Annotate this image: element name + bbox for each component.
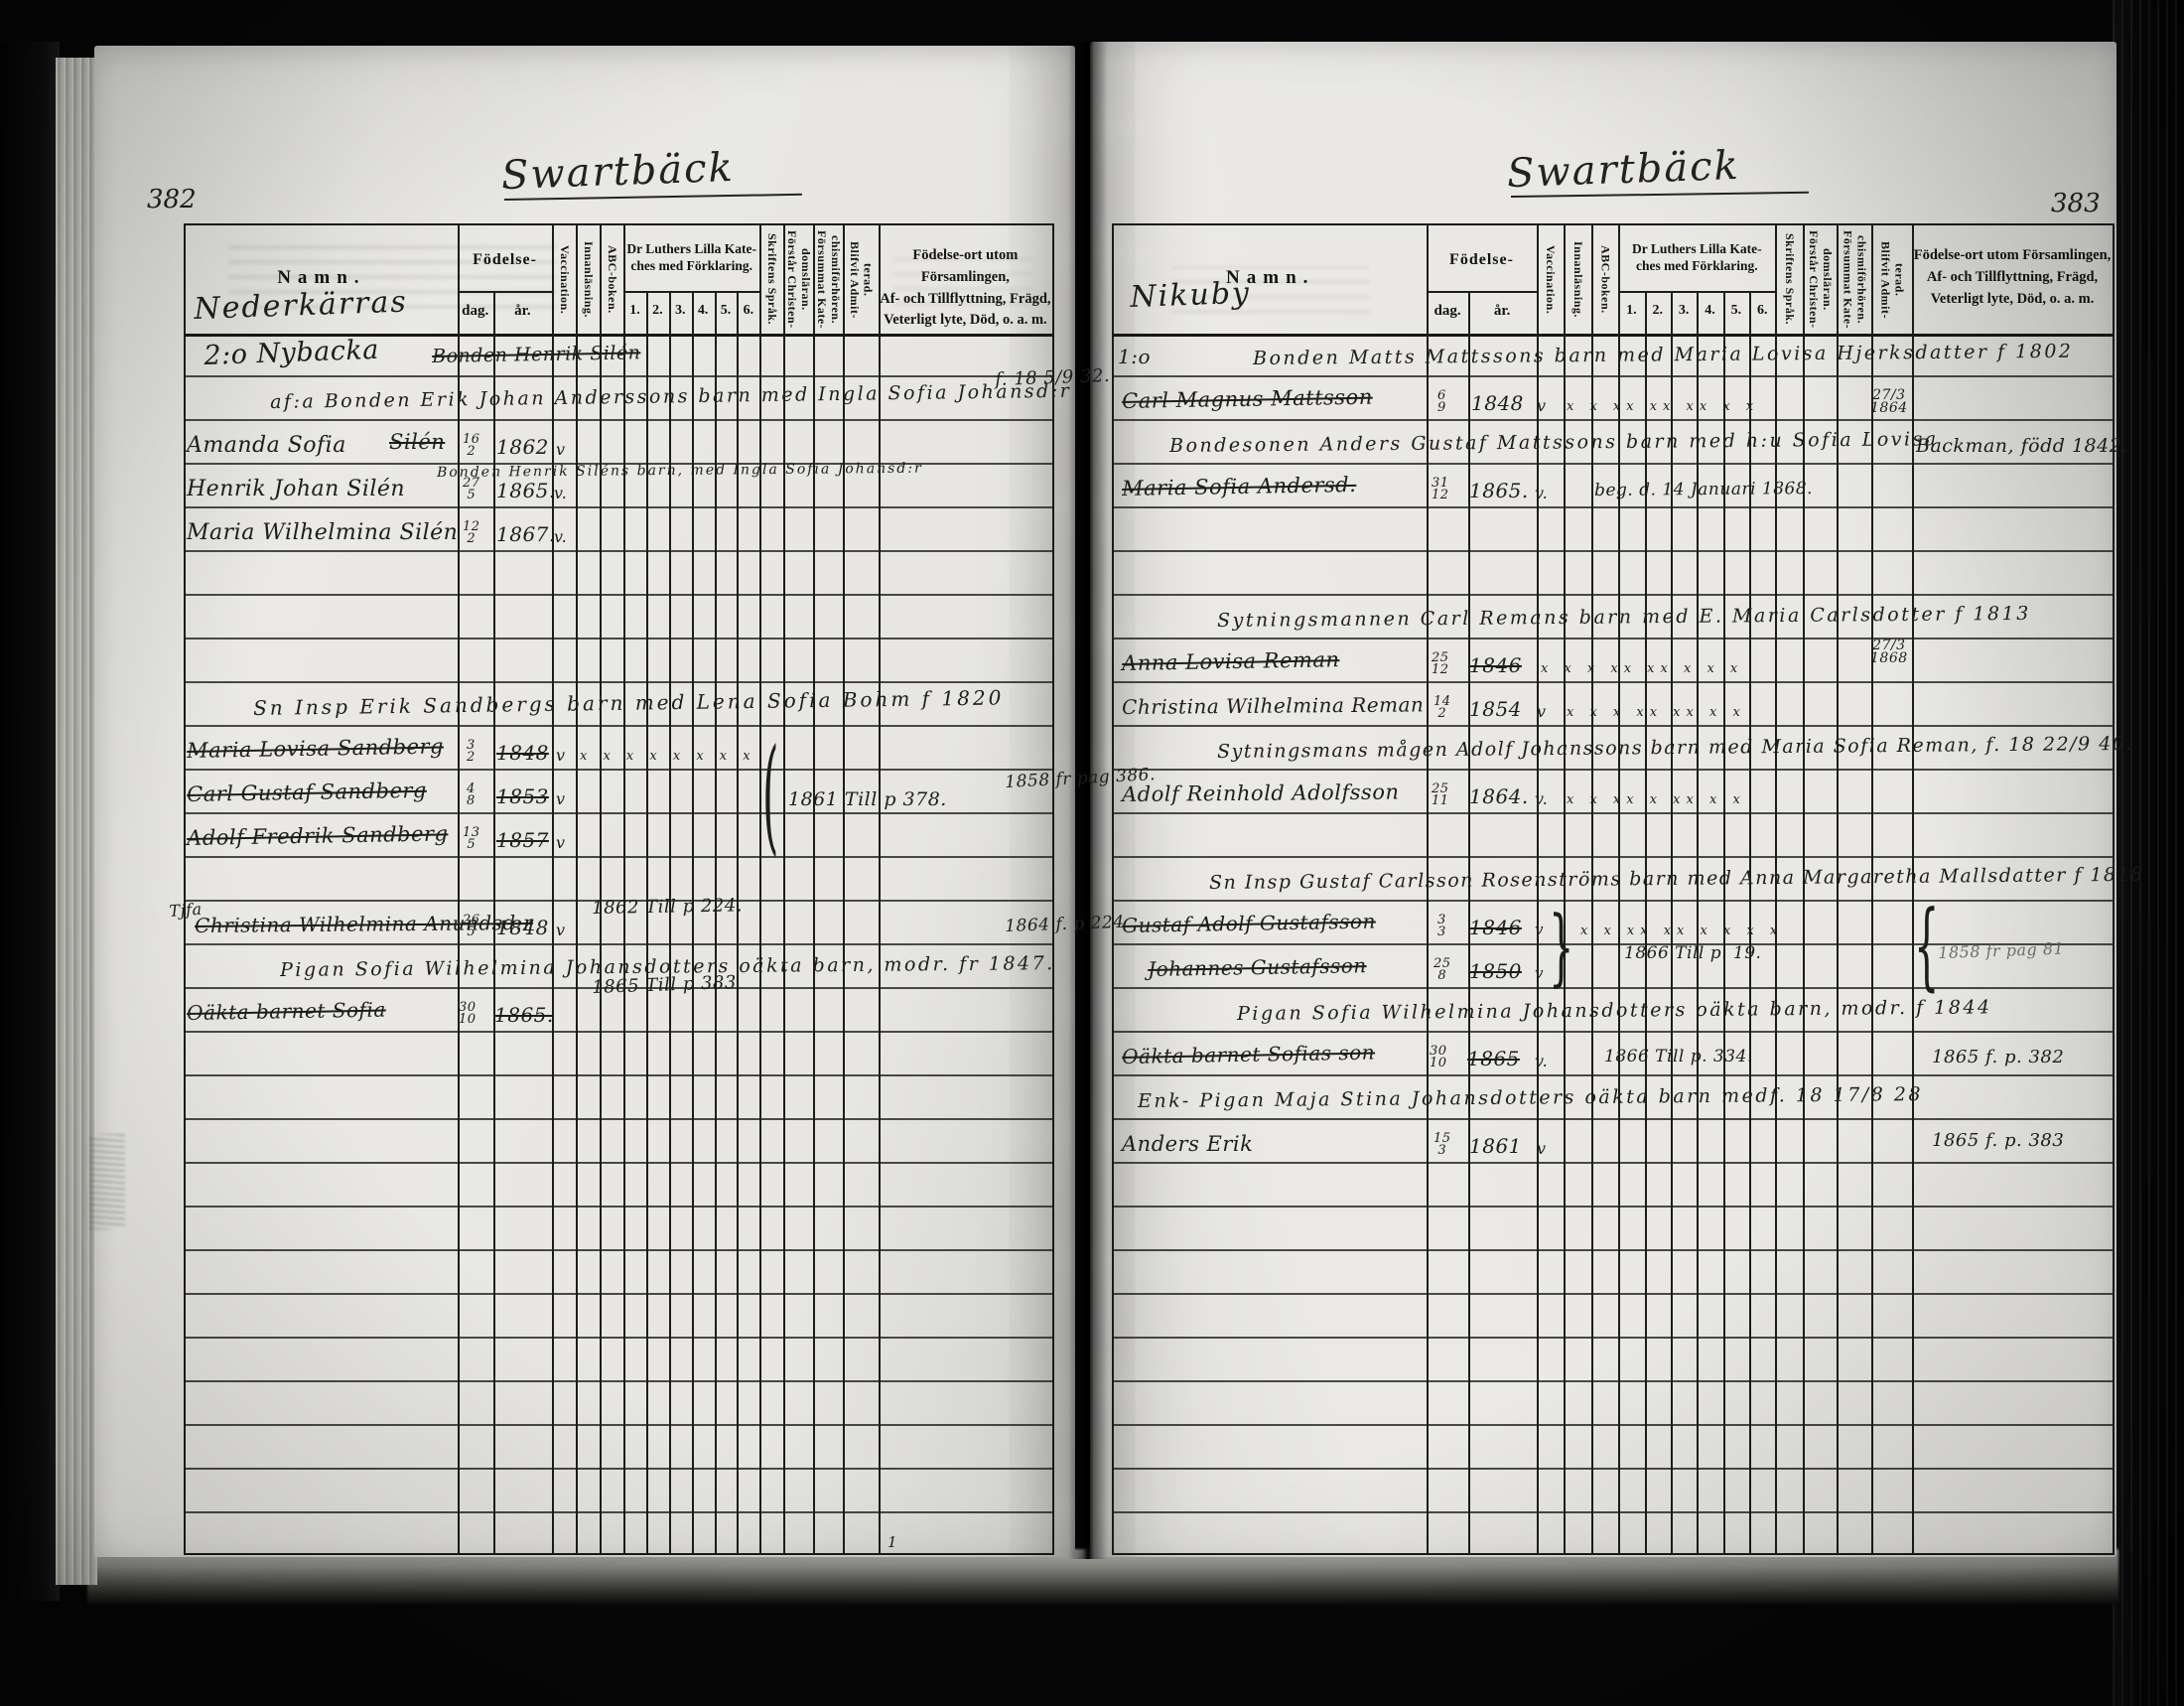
column-header-innanlasning: Innanläsning. bbox=[576, 229, 600, 330]
column-header-fodelse: Födelse- bbox=[1427, 251, 1536, 269]
column-line bbox=[1564, 225, 1566, 1553]
column-header-vaccination: Vaccination. bbox=[552, 229, 576, 330]
column-line bbox=[813, 225, 815, 1553]
column-header-namn: Namn. bbox=[186, 267, 458, 289]
katekes-5: 5. bbox=[715, 303, 738, 319]
column-header-katekes: Dr Luthers Lilla Kate- ches med Förklari… bbox=[623, 241, 759, 275]
column-header-fodelse: Födelse- bbox=[458, 251, 553, 269]
katekes-4: 4. bbox=[692, 303, 715, 319]
column-line bbox=[1871, 225, 1873, 1553]
book-gutter bbox=[1068, 42, 1108, 1559]
katekes-line2: ches med Förklaring. bbox=[1636, 258, 1758, 273]
katekes-2: 2. bbox=[1645, 303, 1671, 319]
katekes-1: 1. bbox=[623, 303, 646, 319]
column-line bbox=[1468, 292, 1470, 1553]
column-line bbox=[843, 225, 845, 1553]
notes-line1: Födelse-ort utom Församlingen, bbox=[1914, 247, 2112, 263]
katekes-3: 3. bbox=[1671, 303, 1697, 319]
column-line bbox=[692, 292, 694, 1553]
column-header-katekes: Dr Luthers Lilla Kate- ches med Förklari… bbox=[1618, 241, 1775, 275]
katekes-4: 4. bbox=[1697, 303, 1722, 319]
column-line bbox=[1537, 225, 1539, 1553]
notes-line2: Af- och Tillflyttning, Frägd, bbox=[880, 291, 1050, 307]
running-title-right: Swartbäck bbox=[1506, 143, 1740, 197]
column-header-ar: år. bbox=[1468, 303, 1537, 320]
column-line bbox=[600, 225, 602, 1553]
column-line bbox=[1591, 225, 1593, 1553]
film-edge-top bbox=[0, 0, 2184, 42]
table-header: Namn. Födelse- dag. år. Vaccination. Inn… bbox=[186, 225, 1052, 337]
column-line bbox=[737, 292, 739, 1553]
column-header-vaccination: Vaccination. bbox=[1537, 229, 1565, 330]
column-line bbox=[759, 225, 761, 1553]
film-edge-right bbox=[2113, 0, 2184, 1706]
film-edge-left bbox=[0, 0, 60, 1706]
column-line bbox=[879, 225, 881, 1553]
column-header-dag: dag. bbox=[1427, 303, 1467, 320]
katekes-3: 3. bbox=[669, 303, 692, 319]
column-line bbox=[623, 225, 625, 1553]
register-table: Namn. Födelse- dag. år. Vaccination. Inn… bbox=[1112, 223, 2115, 1555]
column-line bbox=[1645, 292, 1647, 1553]
column-header-innanlasning: Innanläsning. bbox=[1564, 229, 1591, 330]
pencil-smudge bbox=[89, 1134, 125, 1229]
katekes-6: 6. bbox=[737, 303, 759, 319]
notes-line1: Födelse-ort utom Församlingen, bbox=[912, 247, 1018, 285]
table-rows bbox=[186, 334, 1052, 1553]
column-header-forstar-christendomslaran: Förstår Christen- domsläran. bbox=[1803, 229, 1837, 330]
column-header-abc-boken: ABC-boken. bbox=[1591, 229, 1619, 330]
column-header-notes: Födelse-ort utom Församlingen, Af- och T… bbox=[879, 245, 1052, 332]
column-line bbox=[1749, 292, 1751, 1553]
column-header-forsummat-katechismiforhoren: Försummat Kate- chismiförhören. bbox=[1837, 229, 1870, 330]
column-line bbox=[1427, 225, 1429, 1553]
column-line bbox=[552, 225, 554, 1553]
column-line bbox=[1697, 292, 1699, 1553]
notes-line3: Veterligt lyte, Död, o. a. m. bbox=[884, 312, 1047, 328]
film-edge-bottom bbox=[0, 1601, 2184, 1706]
column-header-blifvit-admitterad: Blifvit Admit- terad. bbox=[1871, 229, 1912, 330]
column-line bbox=[493, 292, 495, 1553]
column-line bbox=[669, 292, 671, 1553]
column-header-notes: Födelse-ort utom Församlingen, Af- och T… bbox=[1912, 245, 2113, 310]
column-header-forstar-christendomslaran: Förstår Christen- domsläran. bbox=[783, 229, 813, 330]
katekes-5: 5. bbox=[1723, 303, 1749, 319]
notes-line2: Af- och Tillflyttning, Frägd, bbox=[1927, 269, 2098, 285]
subheader-line bbox=[458, 291, 553, 293]
notes-line3: Veterligt lyte, Död, o. a. m. bbox=[1931, 291, 2095, 307]
column-header-blifvit-admitterad: Blifvit Admit- terad. bbox=[843, 229, 879, 330]
column-header-forsummat-katechismiforhoren: Försummat Kate- chismiförhören. bbox=[813, 229, 843, 330]
column-header-skriftens-sprak: Skriftens Språk. bbox=[759, 229, 783, 330]
column-header-dag: dag. bbox=[458, 303, 493, 320]
column-line bbox=[1723, 292, 1725, 1553]
column-line bbox=[1803, 225, 1805, 1553]
subheader-line bbox=[1427, 291, 1536, 293]
column-header-skriftens-sprak: Skriftens Språk. bbox=[1775, 229, 1803, 330]
table-header: Namn. Födelse- dag. år. Vaccination. Inn… bbox=[1114, 225, 2113, 337]
column-line bbox=[1775, 225, 1777, 1553]
column-line bbox=[783, 225, 785, 1553]
column-line bbox=[1837, 225, 1839, 1553]
running-title-left: Swartbäck bbox=[500, 145, 735, 199]
scanned-parish-register-spread: 382 383 Swartbäck Swartbäck Namn. Födels… bbox=[0, 0, 2184, 1706]
katekes-6: 6. bbox=[1749, 303, 1775, 319]
column-header-namn: Namn. bbox=[1114, 267, 1427, 289]
register-table: Namn. Födelse- dag. år. Vaccination. Inn… bbox=[184, 223, 1054, 1555]
page-number-right: 383 bbox=[2051, 189, 2101, 218]
column-line bbox=[1618, 225, 1620, 1553]
column-line bbox=[646, 292, 648, 1553]
column-line bbox=[576, 225, 578, 1553]
column-line bbox=[1912, 225, 1914, 1553]
column-line bbox=[1671, 292, 1673, 1553]
column-header-abc-boken: ABC-boken. bbox=[600, 229, 623, 330]
column-header-ar: år. bbox=[493, 303, 553, 320]
katekes-line1: Dr Luthers Lilla Kate- bbox=[1632, 241, 1762, 256]
katekes-2: 2. bbox=[646, 303, 669, 319]
katekes-line1: Dr Luthers Lilla Kate- bbox=[626, 241, 756, 256]
column-line bbox=[458, 225, 460, 1553]
katekes-1: 1. bbox=[1618, 303, 1644, 319]
column-line bbox=[715, 292, 717, 1553]
page-number-left: 382 bbox=[147, 185, 197, 214]
katekes-line2: ches med Förklaring. bbox=[630, 258, 752, 273]
table-rows bbox=[1114, 334, 2113, 1553]
page-stack-edge bbox=[56, 58, 97, 1585]
